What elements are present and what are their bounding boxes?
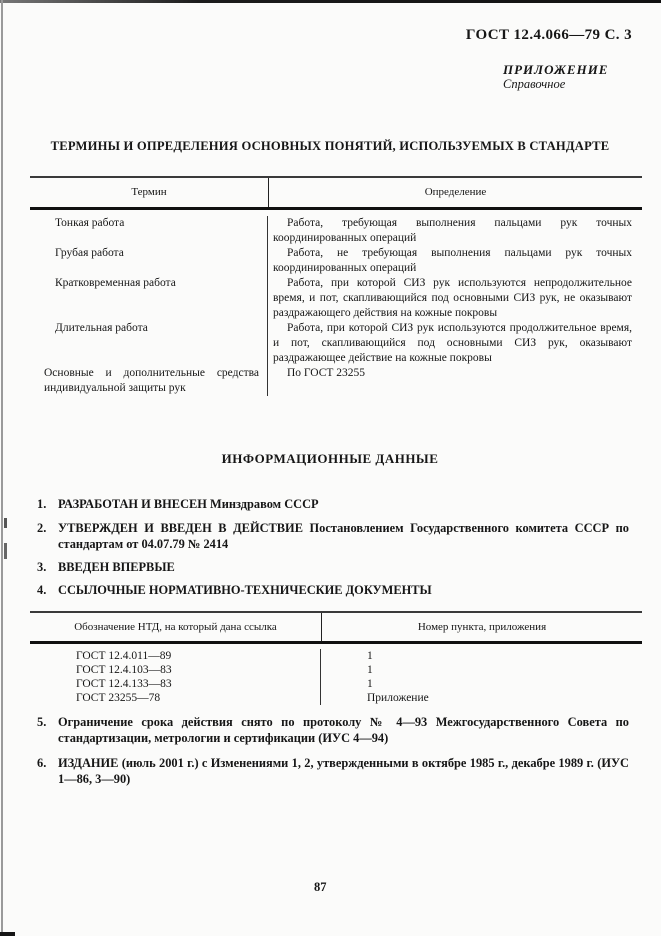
item-number: 5.: [37, 714, 58, 746]
section-title-informational-data: ИНФОРМАЦИОННЫЕ ДАННЫЕ: [20, 451, 640, 467]
item-text: ИЗДАНИЕ (июль 2001 г.) с Изменениями 1, …: [58, 755, 629, 787]
item-number: 2.: [37, 520, 58, 552]
table-row: ГОСТ 23255—78 Приложение: [30, 691, 642, 705]
term-cell: Грубая работа: [30, 246, 268, 276]
term-cell: Тонкая работа: [30, 216, 268, 246]
item-number: 4.: [37, 582, 58, 598]
scan-artifact: [4, 518, 7, 528]
table-row: ГОСТ 12.4.103—83 1: [30, 663, 642, 677]
item-text: РАЗРАБОТАН И ВНЕСЕН Минздравом СССР: [58, 496, 629, 512]
item-text: ССЫЛОЧНЫЕ НОРМАТИВНО-ТЕХНИЧЕСКИЕ ДОКУМЕН…: [58, 582, 629, 598]
table-row: ГОСТ 12.4.011—89 1: [30, 649, 642, 663]
table-header-row: Обозначение НТД, на который дана ссылка …: [30, 611, 642, 644]
item-text: Ограничение срока действия снято по прот…: [58, 714, 629, 746]
item-number: 1.: [37, 496, 58, 512]
scan-edge-top: [0, 0, 661, 3]
table-row: Тонкая работа Работа, требующая выполнен…: [30, 216, 642, 246]
scan-artifact: [4, 543, 7, 559]
table-body: ГОСТ 12.4.011—89 1 ГОСТ 12.4.103—83 1 ГО…: [30, 644, 642, 705]
info-item-6: 6. ИЗДАНИЕ (июль 2001 г.) с Изменениями …: [37, 755, 629, 787]
annex-type: Справочное: [503, 77, 608, 92]
item-text: УТВЕРЖДЕН И ВВЕДЕН В ДЕЙСТВИЕ Постановле…: [58, 520, 629, 552]
page-title: ТЕРМИНЫ И ОПРЕДЕЛЕНИЯ ОСНОВНЫХ ПОНЯТИЙ, …: [20, 139, 640, 154]
column-header-term: Термин: [30, 178, 269, 207]
clause-cell: 1: [321, 663, 642, 677]
column-header-ntd: Обозначение НТД, на который дана ссылка: [30, 613, 322, 641]
standard-reference: ГОСТ 12.4.066—79 С. 3: [466, 27, 632, 44]
info-item-3: 3. ВВЕДЕН ВПЕРВЫЕ: [37, 559, 629, 575]
item-text: ВВЕДЕН ВПЕРВЫЕ: [58, 559, 629, 575]
table-header-row: Термин Определение: [30, 176, 642, 210]
table-row: Кратковременная работа Работа, при котор…: [30, 276, 642, 321]
table-row: Грубая работа Работа, не требующая выпол…: [30, 246, 642, 276]
definition-cell: Работа, требующая выполнения пальцами ру…: [268, 216, 642, 246]
column-header-clause: Номер пункта, приложения: [322, 620, 642, 634]
item-number: 3.: [37, 559, 58, 575]
clause-cell: 1: [321, 649, 642, 663]
item-number: 6.: [37, 755, 58, 787]
info-item-5: 5. Ограничение срока действия снято по п…: [37, 714, 629, 746]
gost-ref-cell: ГОСТ 12.4.133—83: [30, 677, 321, 691]
page-number: 87: [314, 880, 327, 895]
table-body: Тонкая работа Работа, требующая выполнен…: [30, 210, 642, 396]
document-page: ГОСТ 12.4.066—79 С. 3 ПРИЛОЖЕНИЕ Справоч…: [0, 0, 661, 936]
term-cell: Длительная работа: [30, 321, 268, 366]
scan-edge-left: [1, 0, 3, 936]
info-item-4: 4. ССЫЛОЧНЫЕ НОРМАТИВНО-ТЕХНИЧЕСКИЕ ДОКУ…: [37, 582, 629, 598]
table-row: Основные и дополнительные средства индив…: [30, 366, 642, 396]
table-row: ГОСТ 12.4.133—83 1: [30, 677, 642, 691]
clause-cell: 1: [321, 677, 642, 691]
referenced-documents-table: Обозначение НТД, на который дана ссылка …: [30, 611, 642, 705]
definition-cell: Работа, при которой СИЗ рук используются…: [268, 321, 642, 366]
info-item-2: 2. УТВЕРЖДЕН И ВВЕДЕН В ДЕЙСТВИЕ Постано…: [37, 520, 629, 552]
scan-edge-bottom: [0, 932, 15, 936]
gost-ref-cell: ГОСТ 23255—78: [30, 691, 321, 705]
definition-cell: По ГОСТ 23255: [268, 366, 642, 396]
clause-cell: Приложение: [321, 691, 642, 705]
column-header-definition: Определение: [269, 185, 642, 200]
gost-ref-cell: ГОСТ 12.4.011—89: [30, 649, 321, 663]
gost-ref-cell: ГОСТ 12.4.103—83: [30, 663, 321, 677]
definition-cell: Работа, при которой СИЗ рук используются…: [268, 276, 642, 321]
table-row: Длительная работа Работа, при которой СИ…: [30, 321, 642, 366]
annex-label: ПРИЛОЖЕНИЕ: [503, 62, 608, 77]
info-item-1: 1. РАЗРАБОТАН И ВНЕСЕН Минздравом СССР: [37, 496, 629, 512]
term-cell: Основные и дополнительные средства индив…: [30, 366, 268, 396]
terms-definitions-table: Термин Определение Тонкая работа Работа,…: [30, 176, 642, 396]
term-cell: Кратковременная работа: [30, 276, 268, 321]
annex-block: ПРИЛОЖЕНИЕ Справочное: [503, 62, 608, 92]
definition-cell: Работа, не требующая выполнения пальцами…: [268, 246, 642, 276]
